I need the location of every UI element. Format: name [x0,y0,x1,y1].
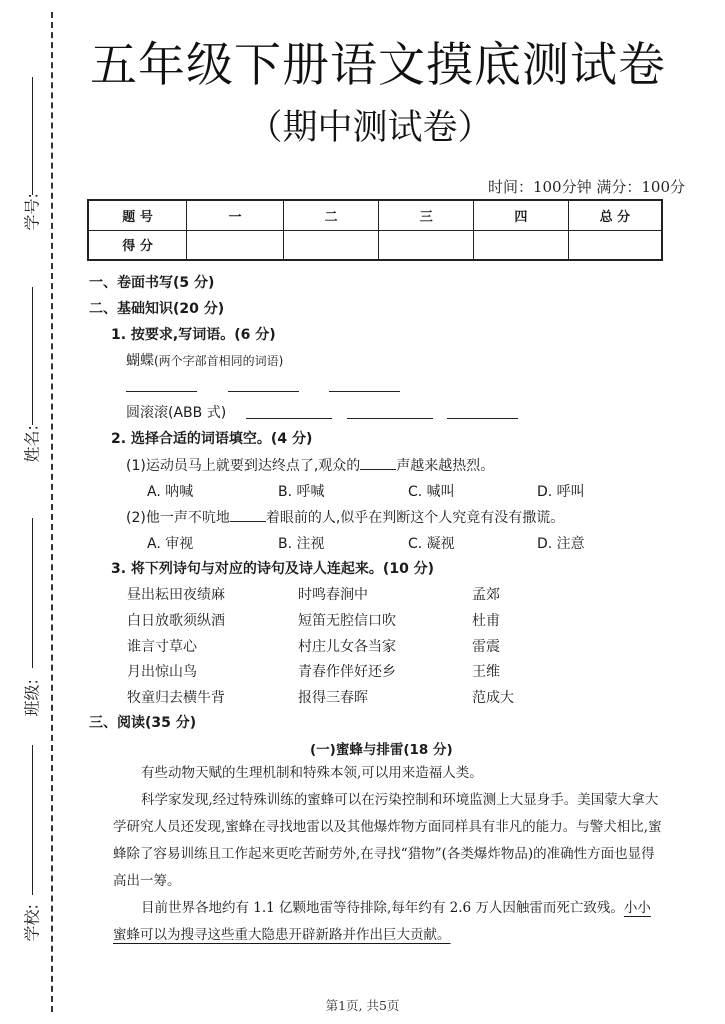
poet-name[interactable]: 范成大 [472,687,514,707]
school-label: 学校: [20,912,43,942]
question-2-title: 2. 选择合适的词语填空。(4 分) [111,428,312,448]
section-3-heading: 三、阅读(35 分) [89,712,196,732]
name-line [32,287,33,425]
poet-name[interactable]: 雷震 [472,636,500,656]
school-line [32,745,33,895]
binding-dashed-line [51,12,53,1012]
table-cell: 二 [283,200,379,230]
exam-subtitle: （期中测试卷） [200,100,540,150]
poet-name[interactable]: 杜甫 [472,610,500,630]
table-cell: 得 分 [88,230,187,260]
poet-name[interactable]: 孟郊 [472,584,500,604]
poem-line-col1[interactable]: 昼出耘田夜绩麻 [127,584,225,604]
class-label: 班级: [20,687,43,717]
poem-line-col2[interactable]: 报得三春晖 [298,687,368,707]
option-a[interactable]: A. 审视 [147,533,193,553]
poem-line-col1[interactable]: 谁言寸草心 [127,636,197,656]
score-cell[interactable] [568,230,662,260]
option-c[interactable]: C. 凝视 [408,533,455,553]
answer-blank[interactable] [228,391,299,392]
option-c[interactable]: C. 喊叫 [408,481,455,501]
sentence-text: 声越来越热烈。 [396,458,494,474]
option-b[interactable]: B. 呼喊 [278,481,325,501]
score-cell[interactable] [474,230,569,260]
answer-blank[interactable] [347,418,433,419]
option-d[interactable]: D. 注意 [537,533,585,553]
sentence-text: (1)运动员马上就要到达终点了,观众的 [126,458,360,474]
poem-line-col2[interactable]: 时鸣春涧中 [298,584,368,604]
passage-paragraph: 有些动物天赋的生理机制和特殊本领,可以用来造福人类。 [113,760,663,787]
score-table-header-row: 题 号 一 二 三 四 总 分 [88,200,662,230]
poem-line-col1[interactable]: 牧童归去横牛背 [127,687,225,707]
table-cell: 题 号 [88,200,187,230]
sentence-text: 着眼前的人,似乎在判断这个人究竟有没有撒谎。 [266,510,564,526]
item-1-hint: (两个字部首相同的词语) [154,354,283,368]
passage-title: (一)蜜蜂与排雷(18 分) [310,738,453,758]
poem-line-col1[interactable]: 月出惊山鸟 [127,661,197,681]
question-1-item-1: 蝴蝶(两个字部首相同的词语) [126,350,283,370]
table-cell: 四 [474,200,569,230]
answer-blank[interactable] [246,418,332,419]
item-1-label: 蝴蝶 [126,353,154,369]
question-2-sentence-2: (2)他一声不吭地着眼前的人,似乎在判断这个人究竟有没有撒谎。 [126,507,564,527]
option-a[interactable]: A. 呐喊 [147,481,193,501]
student-id-line [32,77,33,195]
paragraph-text: 目前世界各地约有 1.1 亿颗地雷等待排除,每年约有 2.6 万人因触雷而死亡致… [141,900,624,916]
score-table-score-row: 得 分 [88,230,662,260]
option-d[interactable]: D. 呼叫 [537,481,585,501]
section-2-heading: 二、基础知识(20 分) [89,298,224,318]
question-2-sentence-1: (1)运动员马上就要到达终点了,观众的声越来越热烈。 [126,455,494,475]
name-label: 姓名: [20,433,43,463]
option-b[interactable]: B. 注视 [278,533,325,553]
question-1-title: 1. 按要求,写词语。(6 分) [111,324,276,344]
class-line [32,518,33,668]
score-table: 题 号 一 二 三 四 总 分 得 分 [87,199,663,261]
reading-passage: 有些动物天赋的生理机制和特殊本领,可以用来造福人类。 科学家发现,经过特殊训练的… [113,760,663,949]
question-3-title: 3. 将下列诗句与对应的诗句及诗人连起来。(10 分) [111,558,434,578]
score-cell[interactable] [187,230,284,260]
score-cell[interactable] [283,230,379,260]
question-1-item-2: 圆滚滚(ABB 式) [126,402,226,422]
passage-paragraph: 目前世界各地约有 1.1 亿颗地雷等待排除,每年约有 2.6 万人因触雷而死亡致… [113,895,663,949]
poem-line-col2[interactable]: 短笛无腔信口吹 [298,610,396,630]
section-1-heading: 一、卷面书写(5 分) [89,272,214,292]
poem-line-col2[interactable]: 青春作伴好还乡 [298,661,396,681]
exam-title: 五年级下册语文摸底测试卷 [88,28,668,95]
score-cell[interactable] [379,230,474,260]
table-cell: 总 分 [568,200,662,230]
student-id-label: 学号: [20,201,43,231]
table-cell: 一 [187,200,284,230]
time-score-info: 时间：100分钟 满分：100分 [488,176,685,197]
table-cell: 三 [379,200,474,230]
fill-blank[interactable] [360,456,396,470]
answer-blank[interactable] [447,418,518,419]
fill-blank[interactable] [230,508,266,522]
poem-line-col2[interactable]: 村庄儿女各当家 [298,636,396,656]
answer-blank[interactable] [329,391,400,392]
sentence-text: (2)他一声不吭地 [126,510,230,526]
passage-paragraph: 科学家发现,经过特殊训练的蜜蜂可以在污染控制和环境监测上大显身手。美国蒙大拿大学… [113,787,663,895]
page-number: 第1页, 共5页 [0,996,725,1014]
poet-name[interactable]: 王维 [472,661,500,681]
answer-blank[interactable] [126,391,197,392]
poem-line-col1[interactable]: 白日放歌须纵酒 [127,610,225,630]
